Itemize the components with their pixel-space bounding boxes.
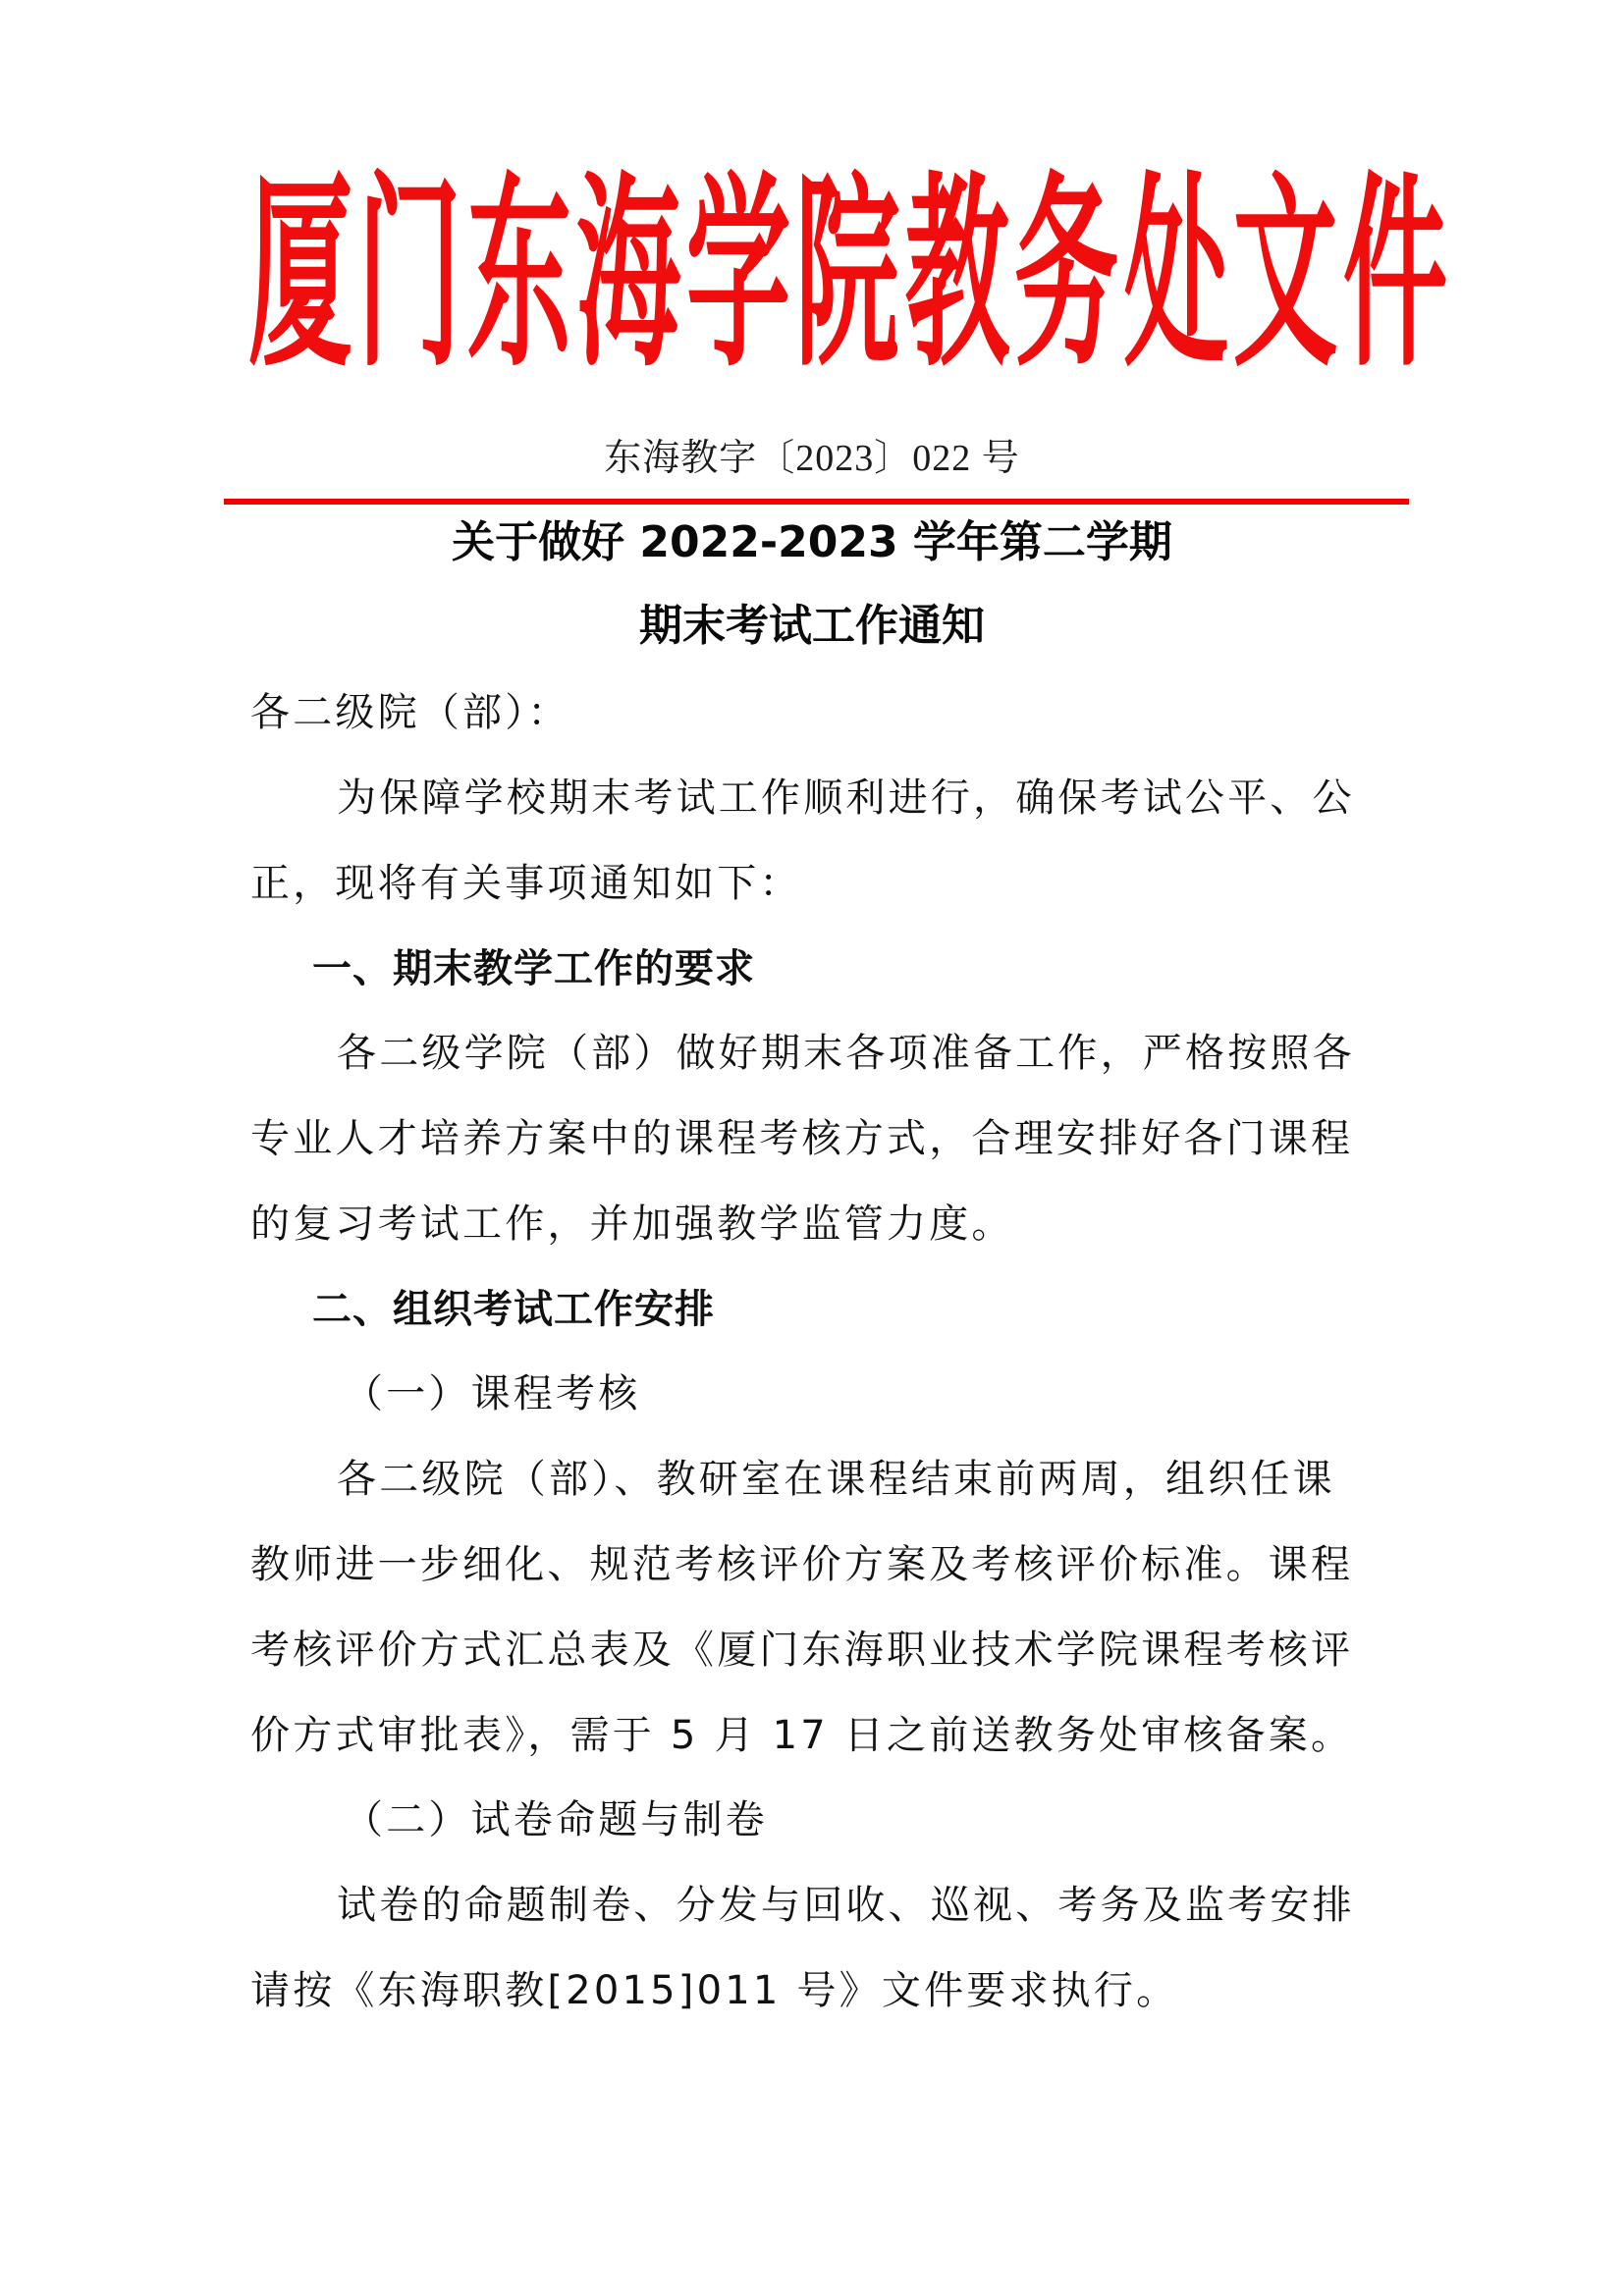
section-heading-1: 一、期末教学工作的要求 [250,943,1443,994]
subsection-heading-1: （一）课程考核 [250,1368,1475,1419]
masthead-char: 处 [1121,173,1230,379]
masthead-char: 厦 [245,173,354,379]
masthead-char: 学 [683,173,792,379]
paragraph-line: 教师进一步细化、规范考核评价方案及考核评价标准。课程 [250,1539,1381,1590]
masthead-char: 件 [1340,173,1449,379]
intro-line: 为保障学校期末考试工作顺利进行，确保考试公平、公 [250,773,1468,824]
intro-line: 正，现将有关事项通知如下： [250,858,1381,909]
paragraph-line: 专业人才培养方案中的课程考核方式，合理安排好各门课程 [250,1113,1381,1164]
paragraph-line: 各二级学院（部）做好期末各项准备工作，严格按照各 [250,1028,1468,1079]
document-title-line-2: 期末考试工作通知 [0,599,1624,654]
paragraph-line: 的复习考试工作，并加强教学监管力度。 [250,1199,1381,1250]
document-number: 东海教字〔2023〕022 号 [0,434,1624,483]
masthead-char: 务 [1012,173,1121,379]
masthead-char: 文 [1231,173,1340,379]
paragraph-line: 考核评价方式汇总表及《厦门东海职业技术学院课程考核评 [250,1625,1381,1676]
salutation: 各二级院（部）： [250,687,1381,738]
document-title-line-1: 关于做好 2022-2023 学年第二学期 [0,515,1624,570]
masthead-title: 厦 门 东 海 学 院 教 务 处 文 件 [245,173,1449,379]
paragraph-line: 价方式审批表》，需于 5 月 17 日之前送教务处审核备案。 [250,1710,1381,1761]
subsection-heading-2: （二）试卷命题与制卷 [250,1794,1475,1845]
masthead-char: 门 [355,173,464,379]
paragraph-line: 各二级院（部）、教研室在课程结束前两周，组织任课 [250,1454,1468,1505]
section-heading-2: 二、组织考试工作安排 [250,1284,1443,1335]
document-page: 厦 门 东 海 学 院 教 务 处 文 件 东海教字〔2023〕022 号 关于… [0,0,1624,2296]
masthead-char: 海 [574,173,683,379]
red-divider [224,499,1409,505]
paragraph-line: 试卷的命题制卷、分发与回收、巡视、考务及监考安排 [250,1880,1468,1931]
masthead-char: 教 [902,173,1011,379]
masthead-char: 院 [793,173,902,379]
paragraph-line: 请按《东海职教[2015]011 号》文件要求执行。 [250,1965,1381,2016]
masthead-char: 东 [464,173,573,379]
